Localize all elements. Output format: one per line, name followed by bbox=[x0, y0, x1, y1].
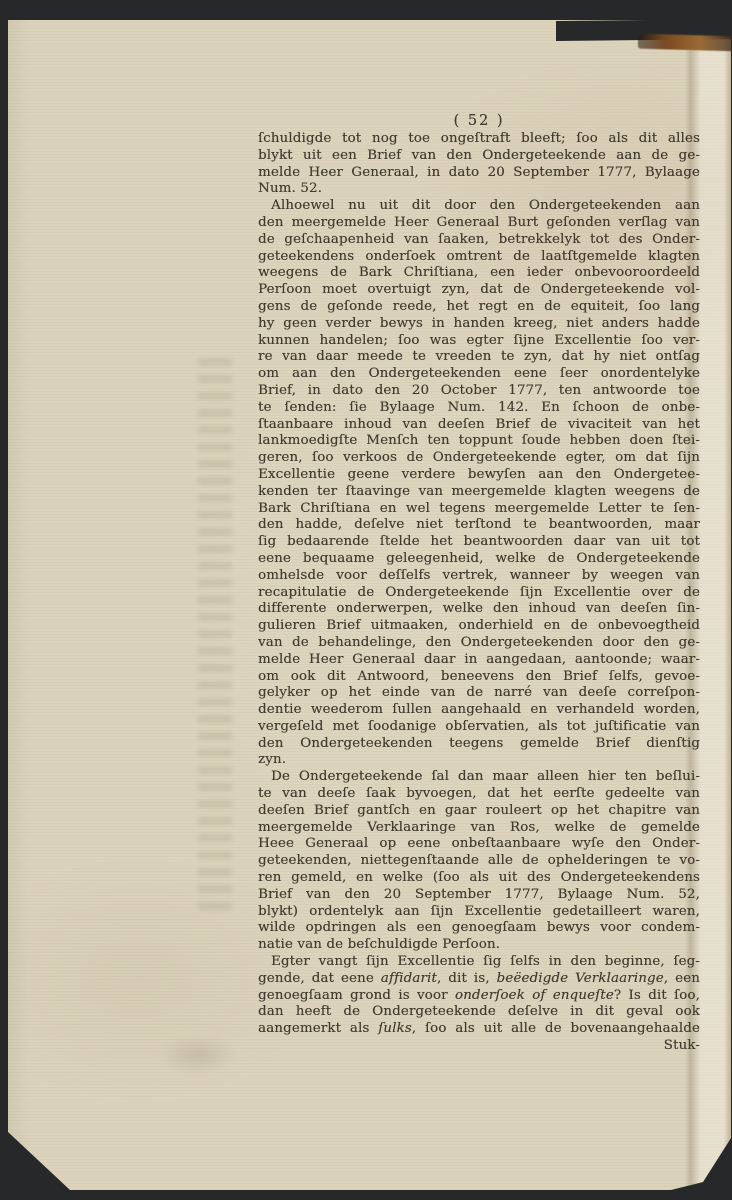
text-segment: aangemerkt als bbox=[258, 1021, 378, 1036]
text-line: Brief, in dato den 20 October 1777, ten … bbox=[258, 383, 700, 400]
text-line: om ook dit Antwoord, beneevens den Brief… bbox=[258, 669, 700, 686]
text-segment: Excellentie geene verdere bewyſen aan de… bbox=[258, 467, 700, 482]
text-line: geteekendens onderſoek omtrent de laatſt… bbox=[258, 249, 700, 266]
text-segment: ſchuldigde tot nog toe ongeſtraft bleeft… bbox=[258, 131, 700, 146]
text-block: ſchuldigde tot nog toe ongeſtraft bleeft… bbox=[258, 131, 700, 1055]
text-segment: ren gemeld, en welke (ſoo als uit des On… bbox=[258, 870, 700, 885]
italic-text-segment: onderſoek of enqueſte bbox=[455, 988, 614, 1003]
text-line: geren, ſoo verkoos de Ondergeteekende eg… bbox=[258, 450, 700, 467]
text-line: den meergemelde Heer Generaal Burt geſon… bbox=[258, 215, 700, 232]
text-segment: deeſen Brief gantſch en gaar rouleert op… bbox=[258, 803, 700, 818]
text-segment: wilde opdringen als een genoegſaam bewys… bbox=[258, 920, 700, 935]
text-segment: eene bequaame geleegenheid, welke de Ond… bbox=[258, 551, 700, 566]
text-line: Bark Chriſtiana en wel tegens meergemeld… bbox=[258, 501, 700, 518]
text-line: te van deeſe ſaak byvoegen, dat het eerſ… bbox=[258, 786, 700, 803]
text-segment: , ſoo als uit alle de bovenaangehaalde bbox=[412, 1021, 700, 1036]
ink-showthrough bbox=[198, 350, 232, 910]
text-line: den hadde, deſelve niet terſtond te bean… bbox=[258, 517, 700, 534]
text-line: Egter vangt ſijn Excellentie ſig ſelfs i… bbox=[258, 954, 700, 971]
text-line: genoegſaam grond is voor onderſoek of en… bbox=[258, 988, 700, 1005]
text-line: gende, dat eene affidarit, dit is, beëed… bbox=[258, 971, 700, 988]
text-segment: om aan den Ondergeteekenden eene ſeer on… bbox=[258, 366, 700, 381]
text-line: lankmoedigſte Menſch ten toppunt ſoude h… bbox=[258, 433, 700, 450]
text-segment: , dit is, bbox=[437, 971, 497, 986]
text-line: weegens de Bark Chriſtiana, een ieder on… bbox=[258, 265, 700, 282]
text-line: zyn. bbox=[258, 752, 700, 769]
text-segment: den Ondergeteekenden teegens gemelde Bri… bbox=[258, 736, 700, 751]
text-segment: hy geen verder bewys in handen kreeg, ni… bbox=[258, 316, 700, 331]
text-line: recapitulatie de Ondergeteekende ſijn Ex… bbox=[258, 585, 700, 602]
text-segment: van de behandelinge, den Ondergeteekende… bbox=[258, 635, 700, 650]
text-line: dentie weederom ſullen aangehaald en ver… bbox=[258, 702, 700, 719]
text-segment: kunnen handelen; ſoo was egter ſijne Exc… bbox=[258, 333, 700, 348]
text-segment: gulieren Brief uitmaaken, onderhield en … bbox=[258, 618, 700, 633]
text-segment: weegens de Bark Chriſtiana, een ieder on… bbox=[258, 265, 700, 280]
text-segment: den hadde, deſelve niet terſtond te bean… bbox=[258, 517, 700, 532]
text-segment: lankmoedigſte Menſch ten toppunt ſoude h… bbox=[258, 433, 700, 448]
text-segment: gens de geſonde reede, het regt en de eq… bbox=[258, 299, 700, 314]
text-segment: gende, dat eene bbox=[258, 971, 381, 986]
text-segment: melde Heer Generaal daar in aangedaan, a… bbox=[258, 652, 700, 667]
text-segment: Brief van den 20 September 1777, Bylaage… bbox=[258, 887, 700, 902]
text-segment: natie van de beſchuldigde Perſoon. bbox=[258, 937, 500, 952]
text-line: ſchuldigde tot nog toe ongeſtraft bleeft… bbox=[258, 131, 700, 148]
text-segment: kenden ter ſtaavinge van meergemelde kla… bbox=[258, 484, 700, 499]
text-segment: geteekendens onderſoek omtrent de laatſt… bbox=[258, 249, 700, 264]
italic-text-segment: ſulks bbox=[378, 1021, 412, 1036]
binding-edge-streak bbox=[638, 34, 732, 52]
text-line: melde Heer Generaal, in dato 20 Septembe… bbox=[258, 165, 700, 182]
text-line: Alhoewel nu uit dit door den Ondergeteek… bbox=[258, 198, 700, 215]
text-line: Perſoon moet overtuigt zyn, dat de Onder… bbox=[258, 282, 700, 299]
text-segment: dentie weederom ſullen aangehaald en ver… bbox=[258, 702, 700, 717]
text-segment: zyn. bbox=[258, 752, 286, 767]
text-segment: den meergemelde Heer Generaal Burt geſon… bbox=[258, 215, 700, 230]
text-line: gulieren Brief uitmaaken, onderhield en … bbox=[258, 618, 700, 635]
text-segment: gelyker op het einde van de narré van de… bbox=[258, 685, 700, 700]
text-segment: Perſoon moet overtuigt zyn, dat de Onder… bbox=[258, 282, 700, 297]
body-lines: ſchuldigde tot nog toe ongeſtraft bleeft… bbox=[258, 131, 700, 1038]
text-line: De Ondergeteekende ſal dan maar alleen h… bbox=[258, 769, 700, 786]
text-segment: te van deeſe ſaak byvoegen, dat het eerſ… bbox=[258, 786, 700, 801]
book-page: ( 52 ) ſchuldigde tot nog toe ongeſtraft… bbox=[8, 20, 731, 1190]
text-line: ſtaanbaare inhoud van deeſen Brief de vi… bbox=[258, 417, 700, 434]
text-segment: geren, ſoo verkoos de Ondergeteekende eg… bbox=[258, 450, 700, 465]
text-line: ren gemeld, en welke (ſoo als uit des On… bbox=[258, 870, 700, 887]
text-line: Num. 52. bbox=[258, 181, 700, 198]
text-segment: vergeſeld met ſoodanige obſervatien, als… bbox=[258, 719, 700, 734]
text-line: hy geen verder bewys in handen kreeg, ni… bbox=[258, 316, 700, 333]
text-segment: dan heeft de Ondergeteekende deſelve in … bbox=[258, 1004, 700, 1019]
text-line: te ſenden: ſie Bylaage Num. 142. En ſcho… bbox=[258, 400, 700, 417]
text-segment: te ſenden: ſie Bylaage Num. 142. En ſcho… bbox=[258, 400, 700, 415]
text-segment: Heee Generaal op eene onbeſtaanbaare wyſ… bbox=[258, 836, 700, 851]
text-segment: blykt uit een Brief van den Ondergeteeke… bbox=[258, 148, 700, 163]
text-line: re van daar meede te vreeden te zyn, dat… bbox=[258, 349, 700, 366]
text-line: meergemelde Verklaaringe van Ros, welke … bbox=[258, 820, 700, 837]
text-segment: ſtaanbaare inhoud van deeſen Brief de vi… bbox=[258, 417, 700, 432]
italic-text-segment: affidarit bbox=[381, 971, 437, 986]
text-line: kenden ter ſtaavinge van meergemelde kla… bbox=[258, 484, 700, 501]
text-segment: recapitulatie de Ondergeteekende ſijn Ex… bbox=[258, 585, 700, 600]
text-segment: om ook dit Antwoord, beneevens den Brief… bbox=[258, 669, 700, 684]
italic-text-segment: beëedigde Verklaaringe bbox=[497, 971, 664, 986]
text-segment: blykt) ordentelyk aan ſijn Excellentie g… bbox=[258, 904, 700, 919]
text-line: kunnen handelen; ſoo was egter ſijne Exc… bbox=[258, 333, 700, 350]
text-segment: re van daar meede te vreeden te zyn, dat… bbox=[258, 349, 700, 364]
text-line: Excellentie geene verdere bewyſen aan de… bbox=[258, 467, 700, 484]
text-segment: meergemelde Verklaaringe van Ros, welke … bbox=[258, 820, 700, 835]
text-line: dan heeft de Ondergeteekende deſelve in … bbox=[258, 1004, 700, 1021]
text-line: deeſen Brief gantſch en gaar rouleert op… bbox=[258, 803, 700, 820]
page-number-header: ( 52 ) bbox=[258, 113, 700, 129]
text-segment: omhelsde voor deſſelfs vertrek, wanneer … bbox=[258, 568, 700, 583]
text-line: natie van de beſchuldigde Perſoon. bbox=[258, 937, 700, 954]
text-line: blykt) ordentelyk aan ſijn Excellentie g… bbox=[258, 904, 700, 921]
catchword: Stuk- bbox=[258, 1038, 700, 1055]
text-line: gens de geſonde reede, het regt en de eq… bbox=[258, 299, 700, 316]
text-segment: Alhoewel nu uit dit door den Ondergeteek… bbox=[271, 198, 700, 213]
text-line: aangemerkt als ſulks, ſoo als uit alle d… bbox=[258, 1021, 700, 1038]
text-line: blykt uit een Brief van den Ondergeteeke… bbox=[258, 148, 700, 165]
text-line: Brief van den 20 September 1777, Bylaage… bbox=[258, 887, 700, 904]
text-line: om aan den Ondergeteekenden eene ſeer on… bbox=[258, 366, 700, 383]
text-line: differente onderwerpen, welke den inhoud… bbox=[258, 601, 700, 618]
text-segment: melde Heer Generaal, in dato 20 Septembe… bbox=[258, 165, 700, 180]
text-segment: , een bbox=[664, 971, 700, 986]
ink-showthrough bbox=[158, 1035, 238, 1075]
text-segment: de geſchaapenheid van ſaaken, betrekkely… bbox=[258, 232, 700, 247]
text-line: ſig bedaarende ſtelde het beantwoorden d… bbox=[258, 534, 700, 551]
text-line: eene bequaame geleegenheid, welke de Ond… bbox=[258, 551, 700, 568]
text-segment: ſig bedaarende ſtelde het beantwoorden d… bbox=[258, 534, 700, 549]
text-line: Heee Generaal op eene onbeſtaanbaare wyſ… bbox=[258, 836, 700, 853]
text-segment: Egter vangt ſijn Excellentie ſig ſelfs i… bbox=[271, 954, 700, 969]
text-line: gelyker op het einde van de narré van de… bbox=[258, 685, 700, 702]
text-line: geteekenden, niettegenſtaande alle de op… bbox=[258, 853, 700, 870]
text-line: de geſchaapenheid van ſaaken, betrekkely… bbox=[258, 232, 700, 249]
text-line: wilde opdringen als een genoegſaam bewys… bbox=[258, 920, 700, 937]
text-line: omhelsde voor deſſelfs vertrek, wanneer … bbox=[258, 568, 700, 585]
text-segment: De Ondergeteekende ſal dan maar alleen h… bbox=[271, 769, 700, 784]
text-segment: ? Is dit ſoo, bbox=[614, 988, 700, 1003]
text-segment: Num. 52. bbox=[258, 181, 322, 196]
text-segment: Brief, in dato den 20 October 1777, ten … bbox=[258, 383, 700, 398]
text-segment: genoegſaam grond is voor bbox=[258, 988, 455, 1003]
text-line: melde Heer Generaal daar in aangedaan, a… bbox=[258, 652, 700, 669]
text-line: van de behandelinge, den Ondergeteekende… bbox=[258, 635, 700, 652]
text-segment: Bark Chriſtiana en wel tegens meergemeld… bbox=[258, 501, 700, 516]
text-line: vergeſeld met ſoodanige obſervatien, als… bbox=[258, 719, 700, 736]
text-segment: geteekenden, niettegenſtaande alle de op… bbox=[258, 853, 700, 868]
text-line: den Ondergeteekenden teegens gemelde Bri… bbox=[258, 736, 700, 753]
text-segment: differente onderwerpen, welke den inhoud… bbox=[258, 601, 700, 616]
